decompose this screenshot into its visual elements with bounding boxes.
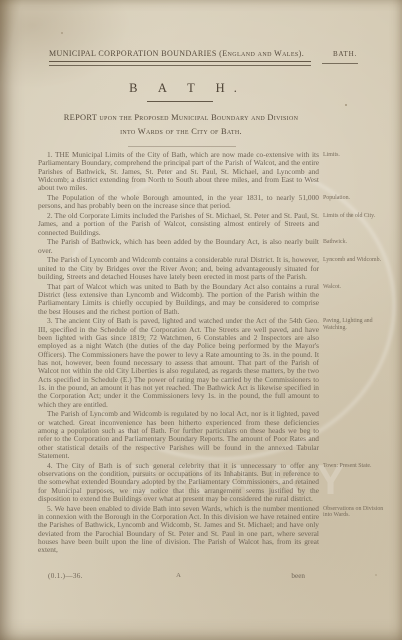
- paragraph-text: The Parish of Lyncomb and Widcomb is reg…: [38, 410, 319, 460]
- paragraph-text: 5. We have been enabled to divide Bath i…: [38, 505, 319, 555]
- printers-signature: (0.1.)—36.: [48, 572, 83, 580]
- running-header-corner: BATH.: [333, 50, 357, 58]
- page-title: B A T H.: [0, 81, 366, 96]
- paragraph-text: The Parish of Bathwick, which has been a…: [38, 238, 319, 255]
- scanned-document-page: LIBRARY MUNICIPAL CORPORATION BOUNDARIES…: [0, 0, 402, 640]
- paragraph: 4. The City of Bath is of such general c…: [38, 462, 319, 504]
- paragraph-text: The Parish of Lyncomb and Widcomb contai…: [38, 256, 319, 281]
- paragraph: The Parish of Lyncomb and Widcomb is reg…: [38, 410, 319, 460]
- paragraph-text: 3. The ancient City of Bath is paved, li…: [38, 317, 319, 409]
- paragraph: The Parish of Lyncomb and Widcomb contai…: [38, 256, 319, 281]
- margin-note: Limits.: [323, 152, 393, 159]
- paragraph-text: That part of Walcot which was united to …: [38, 283, 319, 316]
- report-heading: REPORT upon the Proposed Municipal Bound…: [20, 111, 342, 138]
- margin-note: Paving, Lighting and Watching.: [323, 318, 393, 331]
- margin-note: Lyncomb and Widcomb.: [323, 257, 393, 264]
- report-heading-line2: into Wards of the City of Bath.: [20, 125, 342, 139]
- paragraph-text: 2. The old Corporate Limits included the…: [38, 212, 319, 237]
- report-body: 1. THE Municipal Limits of the City of B…: [38, 151, 319, 556]
- margin-note: Limits of the old City.: [323, 213, 393, 220]
- corner-rule: [322, 63, 358, 64]
- paragraph: That part of Walcot which was united to …: [38, 283, 319, 316]
- paragraph: 1. THE Municipal Limits of the City of B…: [38, 151, 319, 193]
- paragraph: 3. The ancient City of Bath is paved, li…: [38, 317, 319, 409]
- paragraph-text: 1. THE Municipal Limits of the City of B…: [38, 151, 319, 193]
- margin-note: Walcot.: [323, 284, 393, 291]
- margin-note: Bathwick.: [323, 239, 393, 246]
- header-double-rule: [49, 61, 311, 66]
- running-header-title: MUNICIPAL CORPORATION BOUNDARIES (Englan…: [49, 49, 304, 58]
- report-heading-line1: REPORT upon the Proposed Municipal Bound…: [20, 111, 342, 125]
- margin-note: Town: Present State.: [323, 463, 393, 470]
- paragraph-text: The Population of the whole Borough amou…: [38, 194, 319, 211]
- signature-letter: A: [176, 572, 181, 579]
- paragraph: 5. We have been enabled to divide Bath i…: [38, 505, 319, 555]
- paragraph: 2. The old Corporate Limits included the…: [38, 212, 319, 237]
- catchword: been: [291, 572, 305, 580]
- paper-speck: [345, 104, 347, 106]
- heading-rule: [128, 146, 236, 147]
- paragraph: The Parish of Bathwick, which has been a…: [38, 238, 319, 255]
- paragraph: The Population of the whole Borough amou…: [38, 194, 319, 211]
- title-rule: [147, 101, 213, 102]
- margin-note: Observations on Division into Wards.: [323, 506, 393, 519]
- page-footer: (0.1.)—36. A been: [38, 572, 319, 582]
- margin-note: Population.: [323, 195, 393, 202]
- paragraph-text: 4. The City of Bath is of such general c…: [38, 462, 319, 504]
